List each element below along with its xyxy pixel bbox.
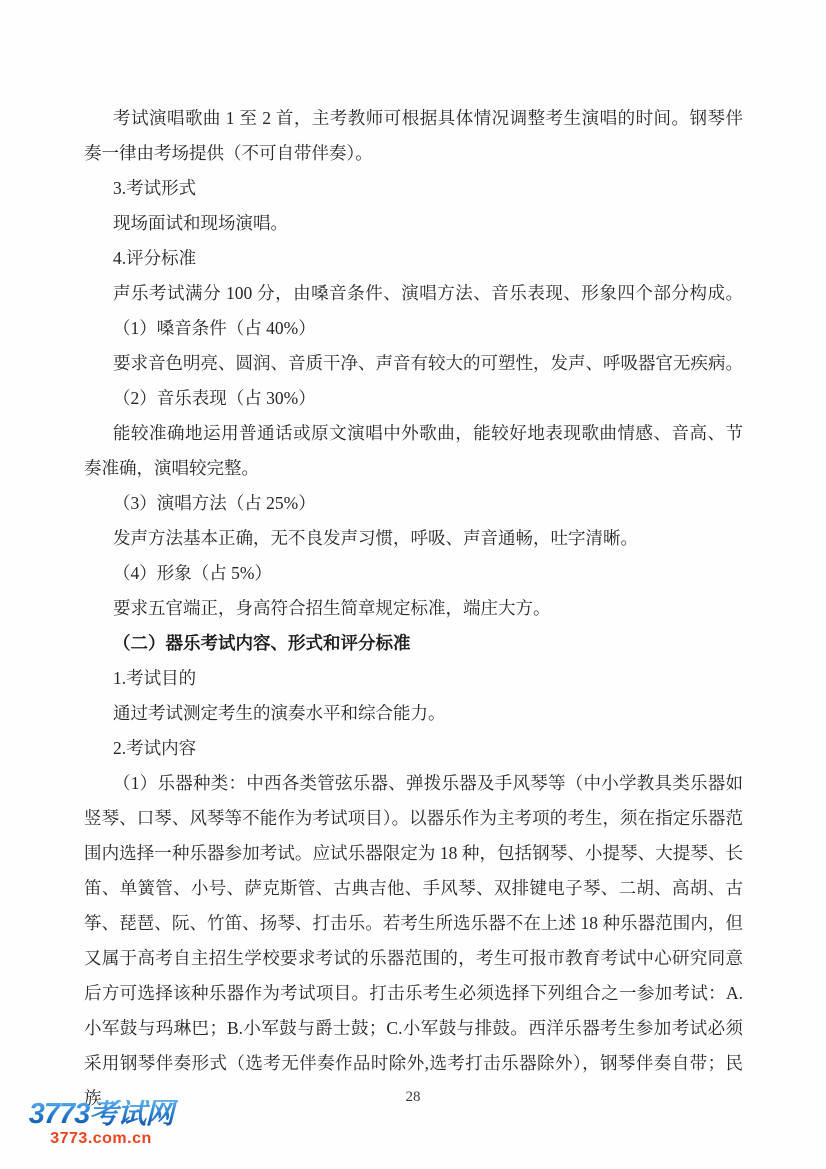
doc-line: 1.考试目的 [84, 661, 743, 696]
doc-line: 要求音色明亮、圆润、音质干净、声音有较大的可塑性，发声、呼吸器官无疾病。 [84, 346, 743, 381]
doc-line: （4）形象（占 5%） [84, 556, 743, 591]
doc-line: 发声方法基本正确，无不良发声习惯，呼吸、声音通畅，吐字清晰。 [84, 521, 743, 556]
doc-line: 竖琴、口琴、风琴等不能作为考试项目）。以器乐作为主考项的考生，须在指定乐器范 [84, 801, 743, 836]
doc-line: 4.评分标准 [84, 241, 743, 276]
doc-line: 又属于高考自主招生学校要求考试的乐器范围的，考生可报市教育考试中心研究同意 [84, 941, 743, 976]
doc-line: 要求五官端正，身高符合招生简章规定标准，端庄大方。 [84, 591, 743, 626]
doc-line: 考试演唱歌曲 1 至 2 首，主考教师可根据具体情况调整考生演唱的时间。钢琴伴 [84, 101, 743, 136]
document-page: 考试演唱歌曲 1 至 2 首，主考教师可根据具体情况调整考生演唱的时间。钢琴伴 … [0, 0, 826, 1169]
doc-line: 奏准确，演唱较完整。 [84, 451, 743, 486]
doc-line: 现场面试和现场演唱。 [84, 206, 743, 241]
site-url-text: 3773.com.cn [16, 1131, 186, 1147]
doc-line: 奏一律由考场提供（不可自带伴奏）。 [84, 136, 743, 171]
doc-line: 笛、单簧管、小号、萨克斯管、古典吉他、手风琴、双排键电子琴、二胡、高胡、古 [84, 871, 743, 906]
doc-line: （1）嗓音条件（占 40%） [84, 311, 743, 346]
doc-line: 声乐考试满分 100 分，由嗓音条件、演唱方法、音乐表现、形象四个部分构成。 [84, 276, 743, 311]
doc-line: （1）乐器种类：中西各类管弦乐器、弹拨乐器及手风琴等（中小学教具类乐器如 [84, 766, 743, 801]
site-logo-text: 3773考试网 [16, 1100, 186, 1129]
doc-line: 3.考试形式 [84, 171, 743, 206]
doc-line: （3）演唱方法（占 25%） [84, 486, 743, 521]
doc-line: 筝、琵琶、阮、竹笛、扬琴、打击乐。若考生所选乐器不在上述 18 种乐器范围内，但 [84, 906, 743, 941]
section-heading: （二）器乐考试内容、形式和评分标准 [84, 626, 743, 661]
doc-line: （2）音乐表现（占 30%） [84, 381, 743, 416]
watermark-logo: 3773考试网 3773.com.cn [16, 1100, 186, 1147]
doc-line: 后方可选择该种乐器作为考试项目。打击乐考生必须选择下列组合之一参加考试：A. [84, 976, 743, 1011]
doc-line: 能较准确地运用普通话或原文演唱中外歌曲，能较好地表现歌曲情感、音高、节 [84, 416, 743, 451]
doc-line: 围内选择一种乐器参加考试。应试乐器限定为 18 种，包括钢琴、小提琴、大提琴、长 [84, 836, 743, 871]
doc-line: 小军鼓与玛琳巴；B.小军鼓与爵士鼓；C.小军鼓与排鼓。西洋乐器考生参加考试必须 [84, 1011, 743, 1046]
document-body: 考试演唱歌曲 1 至 2 首，主考教师可根据具体情况调整考生演唱的时间。钢琴伴 … [84, 101, 743, 1116]
doc-line: 2.考试内容 [84, 731, 743, 766]
doc-line: 通过考试测定考生的演奏水平和综合能力。 [84, 696, 743, 731]
